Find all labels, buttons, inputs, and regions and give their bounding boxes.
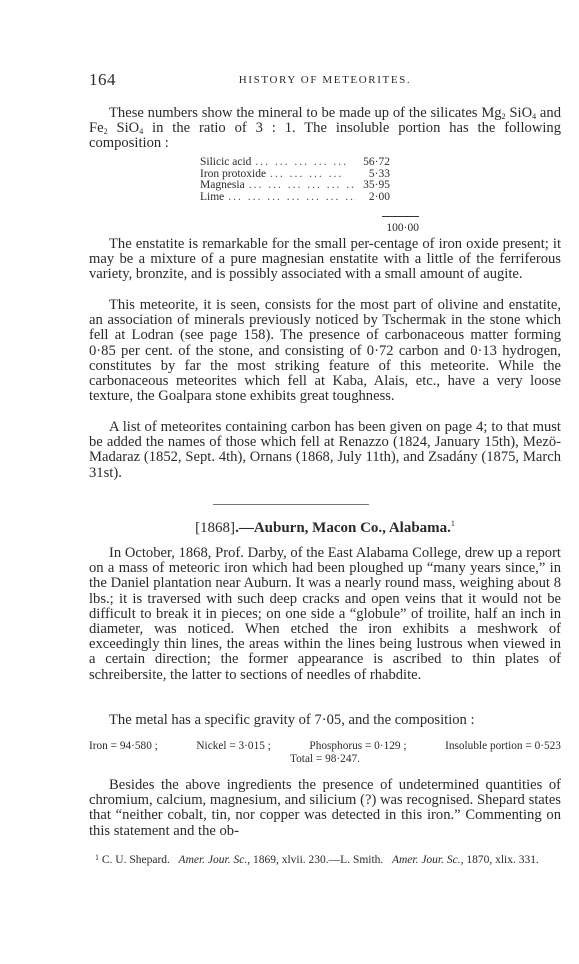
book-page: 164 HISTORY OF METEORITES. These numbers…: [0, 0, 579, 964]
sum-rule: [382, 216, 419, 217]
paragraph-carbon-list: A list of meteorites containing carbon h…: [89, 420, 561, 481]
section-divider: [213, 504, 369, 505]
footnote: 1 C. U. Shepard. Amer. Jour. Sc., 1869, …: [89, 852, 561, 867]
footnote-ref: 1: [451, 519, 455, 528]
section-heading: [1868].—Auburn, Macon Co., Alabama.1: [89, 519, 561, 537]
section-title: .—Auburn, Macon Co., Alabama.: [235, 520, 451, 536]
paragraph-olivine: This meteorite, it is seen, consists for…: [89, 298, 561, 404]
paragraph-text: A list of meteorites containing carbon h…: [89, 420, 561, 481]
row-value: 2·00: [356, 192, 390, 204]
paragraph-silicates: These numbers show the mineral to be mad…: [89, 106, 561, 152]
paragraph-text: In October, 1868, Prof. Darby, of the Ea…: [89, 546, 561, 683]
running-title: HISTORY OF METEORITES.: [89, 74, 561, 86]
footnote-mark: 1: [95, 853, 99, 862]
table-row: Lime ... ... ... ... ... ... ... 2·00: [200, 192, 390, 204]
paragraph-text: These numbers show the mineral to be mad…: [89, 106, 561, 152]
nickel-value: Nickel = 3·015 ;: [196, 740, 270, 753]
paragraph-text: The enstatite is remarkable for the smal…: [89, 237, 561, 283]
row-value: 35·95: [356, 180, 390, 192]
footnote-journal: Amer. Jour. Sc.,: [392, 854, 464, 866]
paragraph-text: The metal has a specific gravity of 7·05…: [89, 713, 561, 728]
row-label: Lime: [200, 192, 224, 204]
footnote-journal: Amer. Jour. Sc.,: [179, 854, 251, 866]
insoluble-value: Insoluble portion = 0·523: [445, 740, 561, 753]
footnote-ref: 1869, xlvii. 230.—L. Smith.: [253, 854, 383, 866]
leader-dots: ... ... ... ... ... ... ...: [224, 192, 356, 204]
phosphorus-value: Phosphorus = 0·129 ;: [309, 740, 406, 753]
metal-total: Total = 98·247.: [89, 753, 561, 766]
metal-composition: Iron = 94·580 ; Nickel = 3·015 ; Phospho…: [89, 740, 561, 766]
leader-dots: ... ... ... ... ...: [251, 157, 356, 169]
row-label: Silicic acid: [200, 157, 251, 169]
footnote-ref: 1870, xlix. 331.: [466, 854, 539, 866]
table-row: Silicic acid ... ... ... ... ... 56·72: [200, 157, 390, 169]
leader-dots: ... ... ... ...: [266, 169, 356, 181]
footnote-author: C. U. Shepard.: [102, 854, 170, 866]
page-header: 164 HISTORY OF METEORITES.: [89, 70, 561, 92]
composition-total: 100·00: [382, 222, 419, 234]
paragraph-enstatite: The enstatite is remarkable for the smal…: [89, 237, 561, 283]
row-value: 56·72: [356, 157, 390, 169]
paragraph-text: Besides the above ingredients the presen…: [89, 778, 561, 839]
insoluble-composition-table: Silicic acid ... ... ... ... ... 56·72 I…: [200, 157, 390, 203]
paragraph-auburn: In October, 1868, Prof. Darby, of the Ea…: [89, 546, 561, 683]
section-year: [1868]: [195, 520, 235, 536]
paragraph-gravity: The metal has a specific gravity of 7·05…: [89, 713, 561, 728]
paragraph-besides: Besides the above ingredients the presen…: [89, 778, 561, 839]
table-row: Magnesia ... ... ... ... ... ... 35·95: [200, 180, 390, 192]
iron-value: Iron = 94·580 ;: [89, 740, 158, 753]
leader-dots: ... ... ... ... ... ...: [245, 180, 356, 192]
paragraph-text: This meteorite, it is seen, consists for…: [89, 298, 561, 404]
row-label: Magnesia: [200, 180, 245, 192]
